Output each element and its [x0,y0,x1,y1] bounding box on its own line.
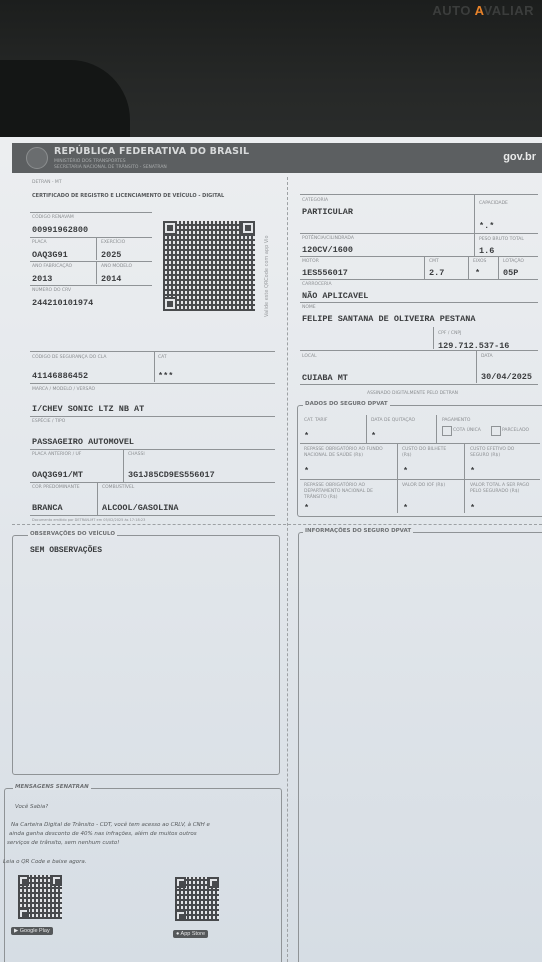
data-quitacao-value: * [371,431,376,441]
custo-efetivo-label: CUSTO EFETIVO DO SEGURO (R$) [470,447,530,459]
rule [474,195,475,233]
parcelado-label: PARCELADO [502,428,529,433]
marca-label: MARCA / MODELO / VERSÃO [32,387,95,392]
govbr-logo: gov.br [503,151,536,163]
voce-sabia: Você Sabia? [15,804,48,810]
rule [397,443,398,479]
cat-tarif-value: * [304,431,309,441]
cla-label: CÓDIGO DE SEGURANÇA DO CLA [32,355,106,360]
cor-label: COR PREDOMINANTE [32,485,80,490]
rule [424,257,425,279]
categoria-label: CATEGORIA [302,198,328,203]
repasse-denatran-value: * [304,503,309,513]
mensagens-title: MENSAGENS SENATRAN [13,784,91,790]
potencia-label: POTÊNCIA/CILINDRADA [302,236,354,241]
rule [30,482,275,483]
rule [464,479,465,513]
cpf-label: CPF / CNPJ [438,331,461,336]
data-quitacao-label: DATA DE QUITAÇÃO [371,418,415,423]
cota-unica-checkbox[interactable] [442,426,452,436]
parcelado-checkbox[interactable] [491,426,501,436]
placa-anterior-value: OAQ3G91/MT [32,470,83,480]
middle-divider [12,524,542,525]
brazil-coat-of-arms-icon [26,147,48,169]
rule [300,479,540,480]
rule [30,237,152,238]
message-line-3: serviços de trânsito, sem nenhum custo! [7,840,120,846]
app-store-badge[interactable]: ● App Store [173,930,208,938]
rule [123,450,124,482]
rule [30,515,275,516]
carroceria-value: NÃO APLICAVEL [302,291,368,301]
cat-label: CAT [158,355,167,360]
google-play-qr-code[interactable] [18,875,62,919]
rule [498,257,499,279]
header-banner: REPÚBLICA FEDERATIVA DO BRASIL MINISTÉRI… [12,143,542,173]
cmt-label: CMT [429,259,439,264]
rule [300,302,538,303]
message-line-2: ainda ganha desconto de 40% nas infraçõe… [9,831,197,837]
google-play-label: Google Play [20,928,50,934]
valor-total-label: VALOR TOTAL A SER PAGO PELO SEGURADO (R$… [470,483,542,495]
cat-value: *** [158,371,173,381]
google-play-badge[interactable]: ▶ Google Play [11,927,53,935]
combustivel-label: COMBUSTÍVEL [102,485,134,490]
signed-note: ASSINADO DIGITALMENTE PELO DETRAN [367,391,458,396]
renavam-value: 00991962800 [32,225,88,235]
cota-unica-label: COTA ÚNICA [453,428,481,433]
eixos-label: EIXOS [473,259,486,264]
custo-bilhete-value: * [403,466,408,476]
exercicio-value: 2025 [101,250,121,260]
lotacao-label: LOTAÇÃO [503,259,524,264]
observacoes-box [12,535,280,775]
marca-value: I/CHEV SONIC LTZ NB AT [32,404,144,414]
rule [300,233,538,234]
country-title: REPÚBLICA FEDERATIVA DO BRASIL [54,146,249,157]
lotacao-value: 05P [503,268,518,278]
especie-label: ESPÉCIE / TIPO [32,419,65,424]
combustivel-value: ALCOOL/GASOLINA [102,503,179,513]
rule [154,352,155,382]
valor-total-value: * [470,503,475,513]
carroceria-label: CARROCERIA [302,282,332,287]
rule [30,351,275,352]
qr-caption: Valide este QRCode com app Vio [264,235,270,317]
iof-label: VALOR DO IOF (R$) [402,483,445,488]
renavam-label: CÓDIGO RENAVAM [32,215,74,220]
ministry: MINISTÉRIO DOS TRANSPORTES [54,159,126,164]
peso-label: PESO BRUTO TOTAL [479,237,524,242]
app-store-qr-code[interactable] [175,877,219,921]
rule [300,194,538,195]
rule [97,483,98,515]
potencia-value: 120CV/1600 [302,245,353,255]
rule [96,238,97,260]
rule [30,212,152,213]
message-line-1: Na Carteira Digital de Trânsito - CDT, v… [11,822,210,828]
placa-label: PLACA [32,240,47,245]
ano-modelo-value: 2014 [101,274,121,284]
rule [436,415,437,443]
rule [433,327,434,349]
rule [30,383,275,384]
local-label: LOCAL [302,354,317,359]
data-label: DATA [481,354,493,359]
exercicio-label: EXERCÍCIO [101,240,125,245]
custo-efetivo-value: * [470,466,475,476]
rule [30,261,152,262]
crlv-document: REPÚBLICA FEDERATIVA DO BRASIL MINISTÉRI… [0,137,542,962]
data-value: 30/04/2025 [481,372,532,382]
cat-tarif-label: CAT. TARIF [304,418,327,423]
autoavaliar-watermark: AUTO AVALIAR [432,3,534,18]
rule [96,262,97,284]
rule [397,479,398,513]
rule [464,443,465,479]
observacoes-text: SEM OBSERVAÇÕES [30,546,102,555]
cmt-value: 2.7 [429,268,444,278]
ano-fabricacao-value: 2013 [32,274,52,284]
custo-bilhete-label: CUSTO DO BILHETE (R$) [402,447,452,459]
categoria-value: PARTICULAR [302,207,353,217]
nome-label: NOME [302,305,316,310]
rule [300,350,538,351]
iof-value: * [403,503,408,513]
capacidade-label: CAPACIDADE [479,201,508,206]
rule [300,279,538,280]
app-store-label: App Store [181,931,205,937]
cor-value: BRANCA [32,503,63,513]
rule [468,257,469,279]
center-divider [287,177,288,962]
detran-label: DETRAN - MT [32,180,62,185]
rule [30,449,275,450]
rule [366,415,367,443]
validation-qr-code[interactable] [163,221,255,311]
rule [30,416,275,417]
rule [476,351,477,383]
motor-value: 1ES556017 [302,268,348,278]
chassi-value: 3G1J85CD9ES556017 [128,470,215,480]
dpvat-title: DADOS DO SEGURO DPVAT [303,401,390,407]
observacoes-title: OBSERVAÇÕES DO VEÍCULO [28,531,117,537]
nome-value: FELIPE SANTANA DE OLIVEIRA PESTANA [302,314,475,324]
local-value: CUIABA MT [302,373,348,383]
info-dpvat-box [298,532,542,962]
repasse-denatran-label: REPASSE OBRIGATÓRIO AO DEPARTAMENTO NACI… [304,483,394,501]
ano-modelo-label: ANO MODELO [101,264,132,269]
peso-value: 1.6 [479,246,494,256]
rule [300,384,538,385]
document-title: CERTIFICADO DE REGISTRO E LICENCIAMENTO … [32,193,224,199]
pagamento-label: PAGAMENTO [442,418,470,423]
placa-anterior-label: PLACA ANTERIOR / UF [32,452,81,457]
rule [300,443,540,444]
call-to-action: Leia o QR Code e baixe agora. [3,859,86,865]
cla-value: 41146886452 [32,371,88,381]
emitted-note: Documento emitido por DETRAN-MT em 05/02… [32,518,145,522]
placa-value: OAQ3G91 [32,250,68,260]
secretariat: SECRETARIA NACIONAL DE TRÂNSITO - SENATR… [54,165,167,170]
repasse-fns-value: * [304,466,309,476]
ano-fabricacao-label: ANO FABRICAÇÃO [32,264,72,269]
motor-label: MOTOR [302,259,319,264]
capacidade-value: *.* [479,221,494,231]
especie-value: PASSAGEIRO AUTOMOVEL [32,437,134,447]
rule [474,234,475,256]
rule [300,256,538,257]
chassi-label: CHASSI [128,452,145,457]
crv-label: NÚMERO DO CRV [32,288,71,293]
eixos-value: * [475,268,480,278]
rule [30,285,152,286]
repasse-fns-label: REPASSE OBRIGATÓRIO AO FUNDO NACIONAL DE… [304,447,394,459]
crv-value: 244210101974 [32,298,93,308]
info-dpvat-title: INFORMAÇÕES DO SEGURO DPVAT [303,528,413,534]
